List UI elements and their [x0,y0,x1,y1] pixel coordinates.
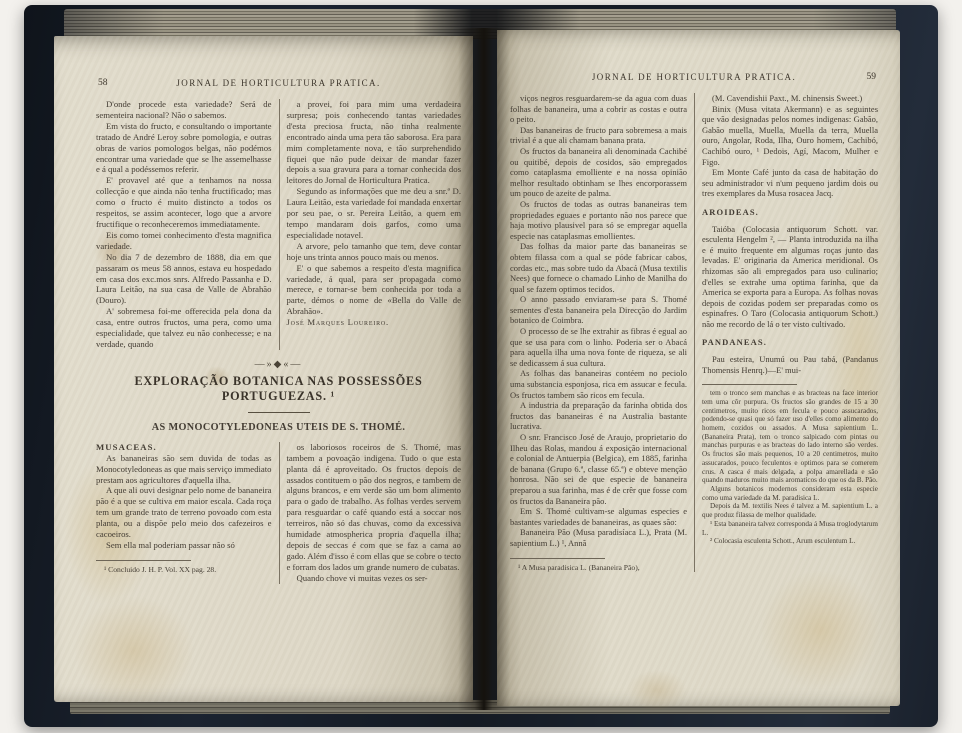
paragraph: A' sobremesa foi-me offerecida pela dona… [96,306,272,350]
botany-article: MUSACEAS. As bananeiras são sem duvida d… [96,442,461,584]
paragraph: Em S. Thomé cultivam-se algumas especies… [510,506,687,527]
page-number: 59 [867,72,877,82]
title-rule [248,412,310,413]
right-column-1: viços negros resguardarem-se da agua com… [510,93,694,572]
book-scan-scene: 58 JORNAL DE HORTICULTURA PRATICA. D'ond… [0,0,962,733]
section-heading-aroideas: AROIDEAS. [702,207,878,218]
footnote: ¹ Esta bananeira talvez corresponda á Mu… [702,520,878,537]
paragraph: As bananeiras são sem duvida de todas as… [96,453,272,486]
footnote: Alguns botanicos modernos consideram est… [702,485,878,502]
paragraph: O processo de se lhe extrahir as fibras … [510,326,687,368]
paragraph: O snr. Francisco José de Araujo, proprie… [510,432,687,506]
page-left: 58 JORNAL DE HORTICULTURA PRATICA. D'ond… [54,36,473,702]
footnote: Depois da M. textilis Nees é talvez a M.… [702,502,878,519]
paper-stain [760,570,880,690]
paragraph: Binix (Musa vitata Akermann) e as seguin… [702,104,878,168]
paragraph: O anno passado enviaram-se para S. Thomé… [510,294,687,326]
paragraph: D'onde procede esta variedade? Será de s… [96,99,272,121]
footnote: ¹ Concluido J. H. P. Vol. XX pag. 28. [96,565,272,574]
pear-article-column-2: a provei, foi para mim uma verdadeira su… [279,99,462,350]
running-head-left: 58 JORNAL DE HORTICULTURA PRATICA. [96,78,461,88]
paragraph: Quando chove vi muitas vezes os ser- [287,573,462,584]
right-column-2: (M. Cavendishii Paxt., M. chinensis Swee… [694,93,878,572]
paragraph: Das folhas da maior parte das bananeiras… [510,241,687,294]
paragraph: Taióba (Colocasia antiquorum Schott. var… [702,224,878,330]
paragraph: E' provavel até que a tenhamos na nossa … [96,175,272,230]
section-divider-ornament: —»◆«— [96,359,461,370]
page-right: JORNAL DE HORTICULTURA PRATICA. 59 viços… [497,30,900,706]
paragraph: Pau esteira, Unumú ou Pau tabá, (Pandanu… [702,354,878,375]
footnote: tem o tronco sem manchas e as bracteas n… [702,389,878,485]
paragraph: A industria da preparação da farinha obt… [510,400,687,432]
author-signature: José Marques Loureiro. [287,317,462,328]
paragraph: Bananeira Pão (Musa paradisíaca L.), Pra… [510,527,687,548]
footnote-separator [702,384,797,385]
paragraph: Os fructos de todas as outras bananeiras… [510,199,687,241]
pear-article-column-1: D'onde procede esta variedade? Será de s… [96,99,279,350]
paragraph: Eis como tomei conhecimento d'esta magni… [96,230,272,252]
article-title: EXPLORAÇÃO BOTANICA NAS POSSESSÕES PORTU… [96,374,461,404]
footnote-block: tem o tronco sem manchas e as bracteas n… [702,389,878,546]
paragraph: os laboriosos roceiros de S. Thomé, mas … [287,442,462,573]
paragraph: viços negros resguardarem-se da agua com… [510,93,687,125]
paragraph: Em vista do fructo, e consultando o impo… [96,121,272,176]
right-page-columns: viços negros resguardarem-se da agua com… [510,93,878,572]
paragraph: As folhas das bananeiras contéem no peci… [510,368,687,400]
running-title: JORNAL DE HORTICULTURA PRATICA. [592,72,796,82]
footnote-separator [510,558,605,559]
paragraph: E' o que sabemos a respeito d'esta magni… [287,263,462,318]
paragraph: (M. Cavendishii Paxt., M. chinensis Swee… [702,93,878,104]
footnote: ² Colocasia esculenta Schott., Arum escu… [702,537,878,546]
paragraph: Das bananeiras de fructo para sobremesa … [510,125,687,146]
paragraph: Segundo as informações que me deu a snr.… [287,186,462,241]
paragraph: Os fructos da bananeira ali denominada C… [510,146,687,199]
paragraph: a provei, foi para mim uma verdadeira su… [287,99,462,186]
paragraph: Em Monte Café junto da casa de habitação… [702,167,878,199]
running-head-right: JORNAL DE HORTICULTURA PRATICA. 59 [510,72,878,82]
botany-column-2: os laboriosos roceiros de S. Thomé, mas … [279,442,462,584]
paper-stain [627,670,687,710]
paragraph: A arvore, pelo tamanho que tem, deve con… [287,241,462,263]
botany-column-1: MUSACEAS. As bananeiras são sem duvida d… [96,442,279,584]
footnote: ¹ A Musa paradisica L. (Bananeira Pão), [510,563,687,572]
paragraph: A que ali ouvi designar pelo nome de ban… [96,485,272,540]
pear-article: D'onde procede esta variedade? Será de s… [96,99,461,350]
paragraph: No dia 7 de dezembro de 1888, dia em que… [96,252,272,307]
page-number: 58 [98,78,108,88]
paragraph: Sem ella mal poderiam passar não só [96,540,272,551]
section-heading-pandaneas: PANDANEAS. [702,337,878,348]
paper-stain [74,596,194,706]
article-subtitle: AS MONOCOTYLEDONEAS UTEIS DE S. THOMÉ. [96,422,461,433]
section-heading-musaceas: MUSACEAS. [96,442,272,453]
footnote-separator [96,560,191,561]
running-title: JORNAL DE HORTICULTURA PRATICA. [176,78,380,88]
